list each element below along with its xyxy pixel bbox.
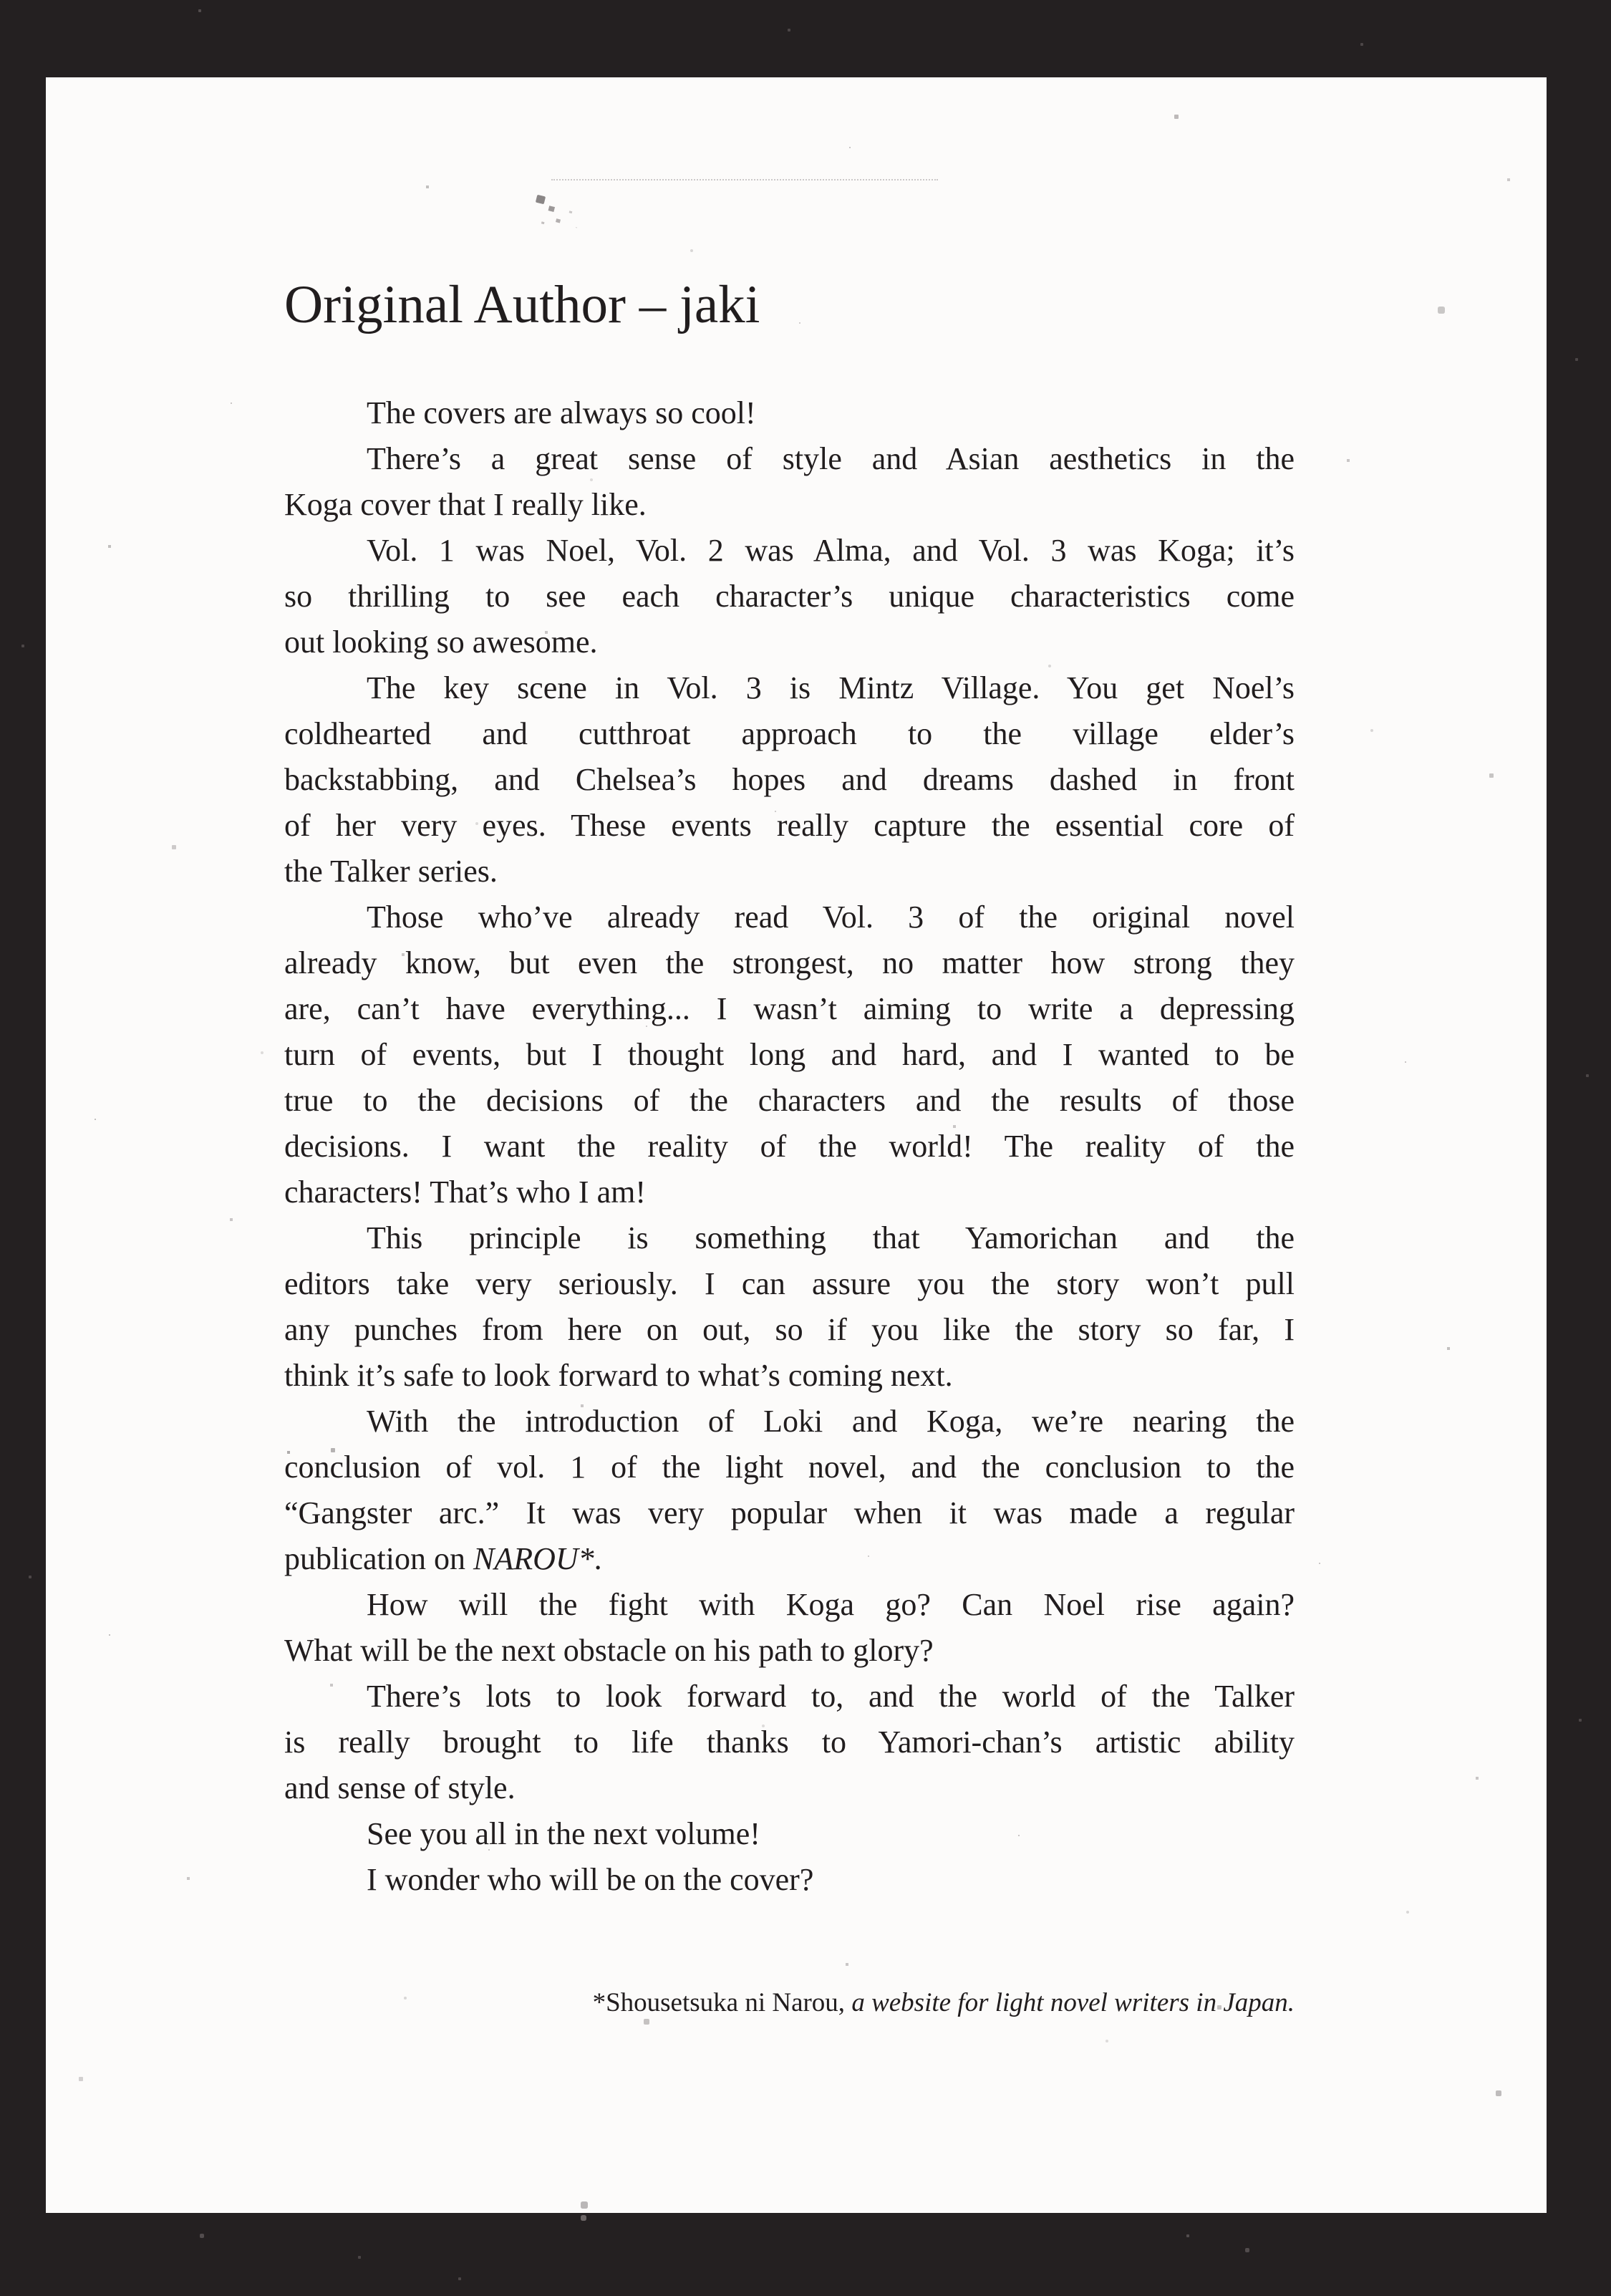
text-line: Those who’ve already read Vol. 3 of the … [284,894,1295,940]
text-line: There’s lots to look forward to, and the… [284,1674,1295,1719]
text-line: coldhearted and cutthroat approach to th… [284,711,1295,757]
text-line: What will be the next obstacle on his pa… [284,1628,1295,1674]
text-line: already know, but even the strongest, no… [284,940,1295,986]
page-title: Original Author – jaki [284,278,760,332]
book-page: Original Author – jaki The covers are al… [46,77,1547,2213]
text-line: How will the fight with Koga go? Can Noe… [284,1582,1295,1628]
text-line: the Talker series. [284,849,1295,894]
ink-smudge [536,195,546,205]
text-line: This principle is something that Yamoric… [284,1215,1295,1261]
frame-speck-field [0,0,3,3]
text-line: backstabbing, and Chelsea’s hopes and dr… [284,757,1295,803]
text-line: any punches from here on out, so if you … [284,1307,1295,1353]
text-line: Koga cover that I really like. [284,482,1295,528]
text-line: See you all in the next volume! [284,1811,1295,1857]
text-line: out looking so awesome. [284,619,1295,665]
paper-dot-field [46,77,49,80]
page-frame: Original Author – jaki The covers are al… [0,0,1611,2296]
text-line: I wonder who will be on the cover? [284,1857,1295,1903]
text-line: is really brought to life thanks to Yamo… [284,1719,1295,1765]
text-line: of her very eyes. These events really ca… [284,803,1295,849]
text-line: think it’s safe to look forward to what’… [284,1353,1295,1399]
footnote: *Shousetsuka ni Narou, a website for lig… [284,1988,1295,2018]
text-line: characters! That’s who I am! [284,1169,1295,1215]
text-line: There’s a great sense of style and Asian… [284,436,1295,482]
text-line: The covers are always so cool! [284,390,1295,436]
text-line: conclusion of vol. 1 of the light novel,… [284,1444,1295,1490]
text-line: publication on NAROU*. [284,1536,1295,1582]
text-line: true to the decisions of the characters … [284,1078,1295,1124]
text-line: turn of events, but I thought long and h… [284,1032,1295,1078]
text-line: editors take very seriously. I can assur… [284,1261,1295,1307]
text-line: With the introduction of Loki and Koga, … [284,1399,1295,1444]
text-line: so thrilling to see each character’s uni… [284,574,1295,619]
text-line: decisions. I want the reality of the wor… [284,1124,1295,1169]
text-line: Vol. 1 was Noel, Vol. 2 was Alma, and Vo… [284,528,1295,574]
scan-line-artifact [551,179,938,180]
text-line: are, can’t have everything... I wasn’t a… [284,986,1295,1032]
text-line: The key scene in Vol. 3 is Mintz Village… [284,665,1295,711]
text-line: “Gangster arc.” It was very popular when… [284,1490,1295,1536]
text-line: and sense of style. [284,1765,1295,1811]
afterword-text: The covers are always so cool!There’s a … [284,390,1295,1903]
